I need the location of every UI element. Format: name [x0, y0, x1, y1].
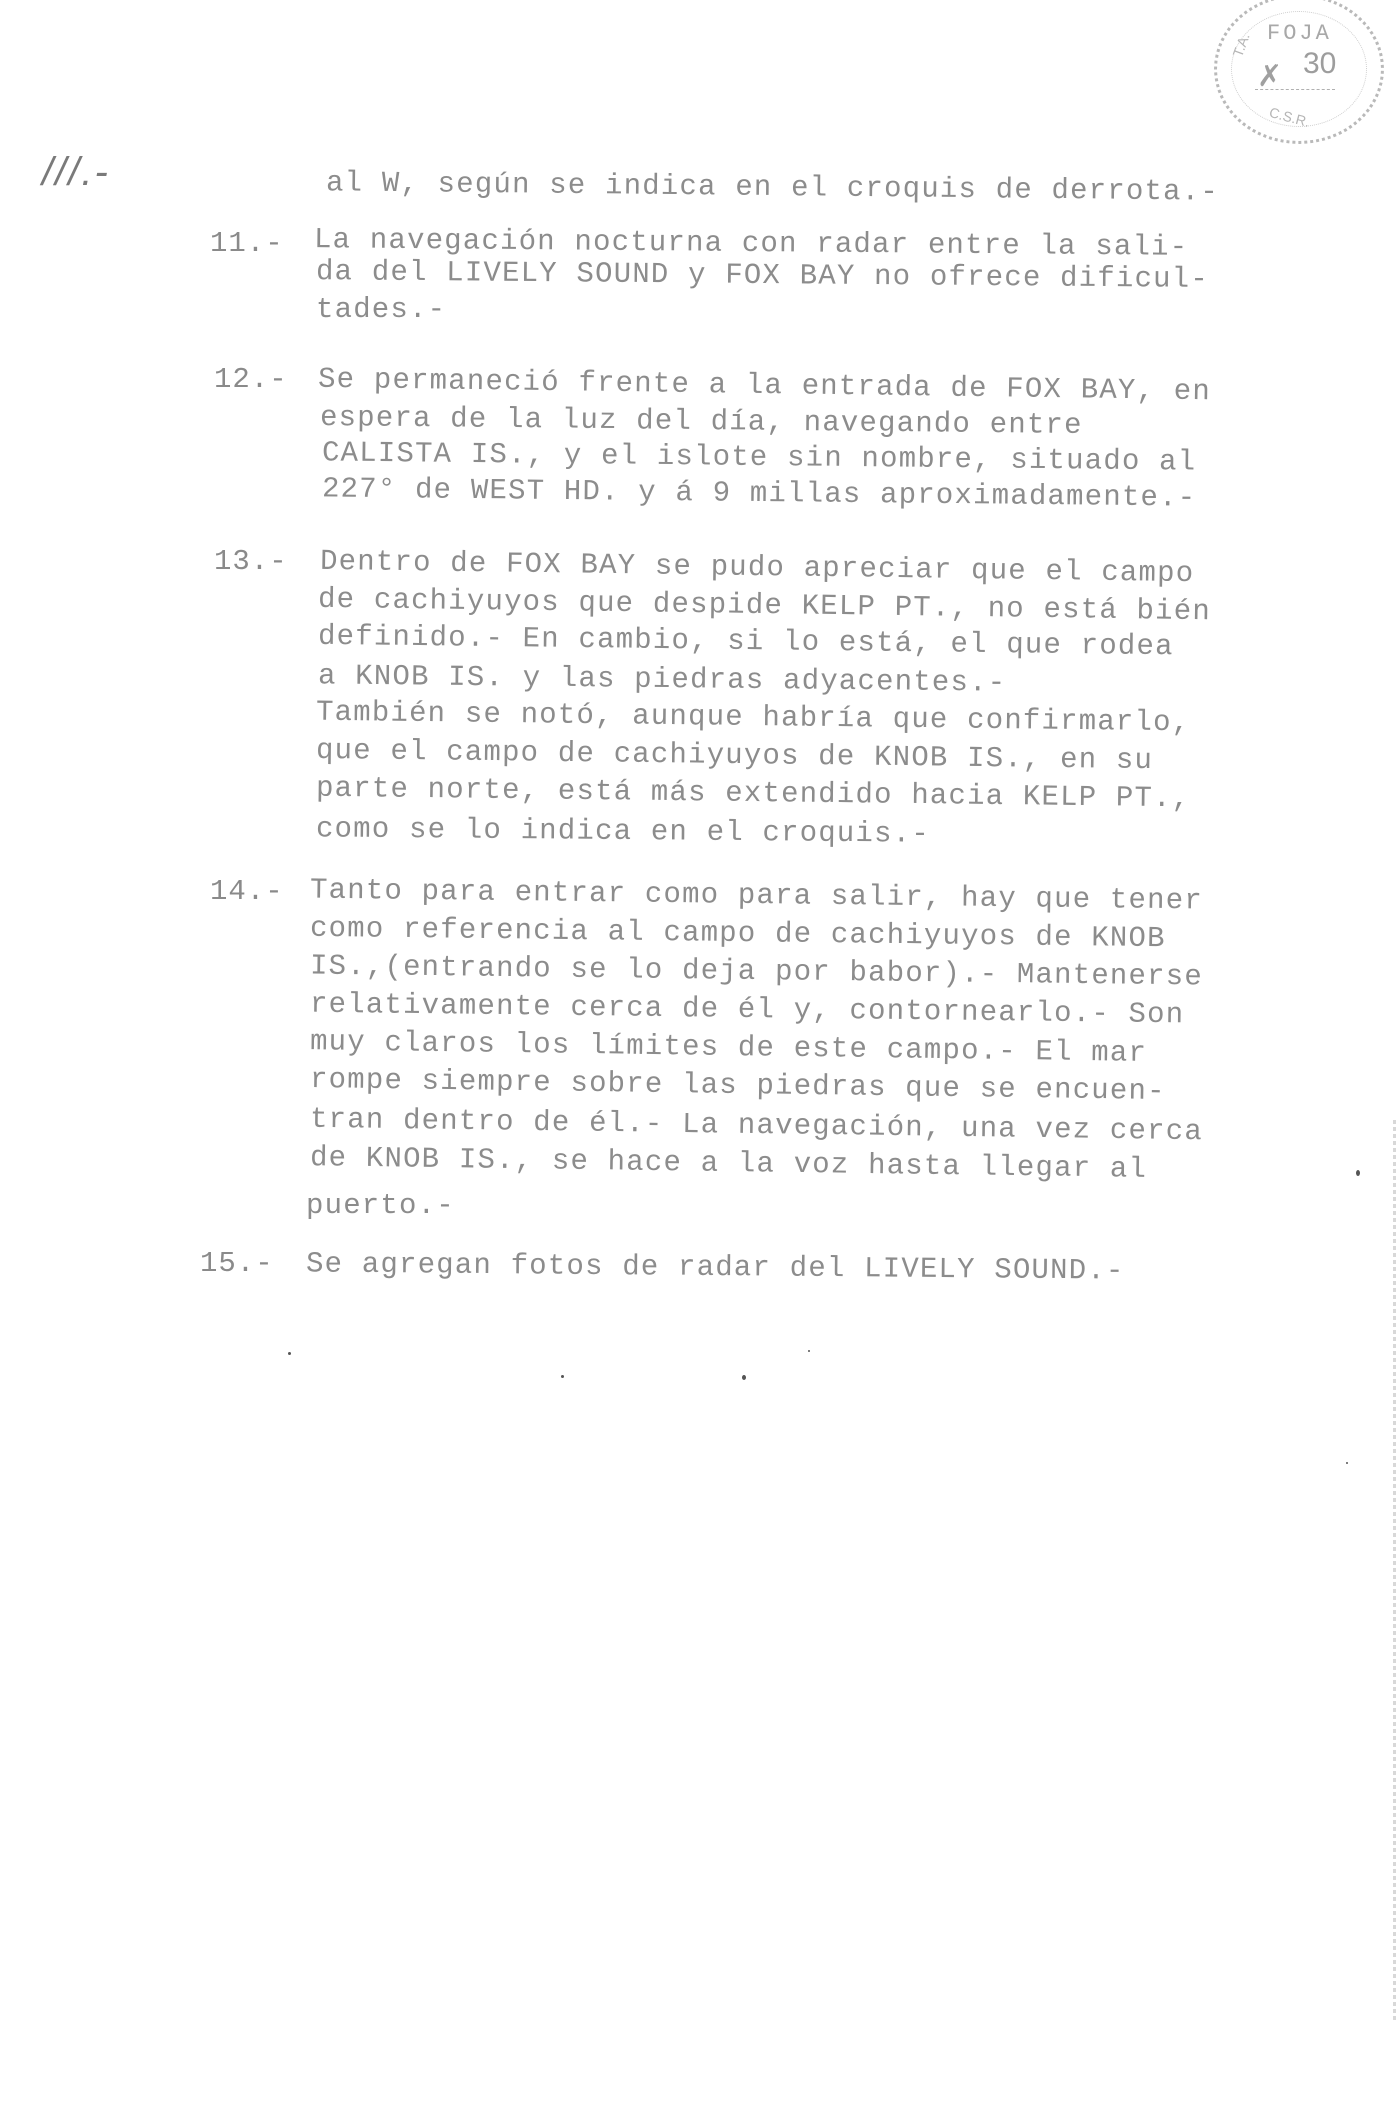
scan-speck [1346, 1462, 1348, 1464]
text-line: puerto.- [306, 1190, 455, 1222]
paragraph-number: 15.- [200, 1248, 274, 1280]
paragraph-number: 11.- [210, 228, 284, 260]
scan-speck [288, 1352, 291, 1355]
text-line: CALISTA IS., y el islote sin nombre, sit… [322, 437, 1197, 478]
text-line: como referencia al campo de cachiyuyos d… [310, 913, 1166, 955]
text-line: da del LIVELY SOUND y FOX BAY no ofrece … [316, 256, 1209, 296]
scan-speck [808, 1350, 810, 1352]
text-line: IS.,(entrando se lo deja por babor).- Ma… [310, 951, 1203, 994]
scan-speck [1356, 1170, 1360, 1176]
text-line: espera de la luz del día, navegando entr… [320, 402, 1083, 442]
text-line: definido.- En cambio, si lo está, el que… [318, 621, 1174, 663]
stamp-underline [1255, 89, 1335, 90]
text-line: al W, según se indica en el croquis de d… [326, 167, 1219, 208]
text-line: Se agregan fotos de radar del LIVELY SOU… [306, 1248, 1125, 1287]
page-edge-shadow [1393, 1120, 1396, 2020]
paragraph-number: 14.- [210, 876, 284, 908]
text-line: parte norte, está más extendido hacia KE… [316, 773, 1191, 816]
text-line: de KNOB IS., se hace a la voz hasta lleg… [310, 1142, 1148, 1186]
text-line: relativamente cerca de él y, contornearl… [310, 989, 1185, 1032]
text-line: rompe siempre sobre las piedras que se e… [310, 1064, 1166, 1108]
document-page: FOJA ✗ 30 T.A. C.S.R. ///.- al W, según … [0, 0, 1400, 2116]
text-line: como se lo indica en el croquis.- [316, 813, 930, 850]
stamp-label: FOJA [1267, 21, 1332, 46]
text-line: También se notó, aunque habría que confi… [316, 697, 1191, 740]
text-line: Tanto para entrar como para salir, hay q… [310, 875, 1203, 918]
foja-stamp: FOJA ✗ 30 T.A. C.S.R. [1214, 0, 1384, 144]
paragraph-number: 13.- [214, 546, 288, 578]
text-line: muy claros los límites de este campo.- E… [310, 1026, 1148, 1070]
text-line: Dentro de FOX BAY se pudo apreciar que e… [320, 546, 1195, 590]
text-line: 227° de WEST HD. y á 9 millas aproximada… [322, 473, 1197, 514]
text-line: a KNOB IS. y las piedras adyacentes.- [318, 660, 1007, 699]
scan-speck [561, 1375, 564, 1378]
scan-speck [742, 1375, 746, 1380]
continuation-mark: ///.- [42, 150, 110, 195]
paragraph-number: 12.- [214, 364, 288, 396]
text-line: que el campo de cachiyuyos de KNOB IS., … [316, 735, 1153, 777]
stamp-page-number: 30 [1303, 47, 1336, 81]
text-line: tran dentro de él.- La navegación, una v… [310, 1104, 1203, 1148]
text-line: tades.- [316, 294, 446, 326]
